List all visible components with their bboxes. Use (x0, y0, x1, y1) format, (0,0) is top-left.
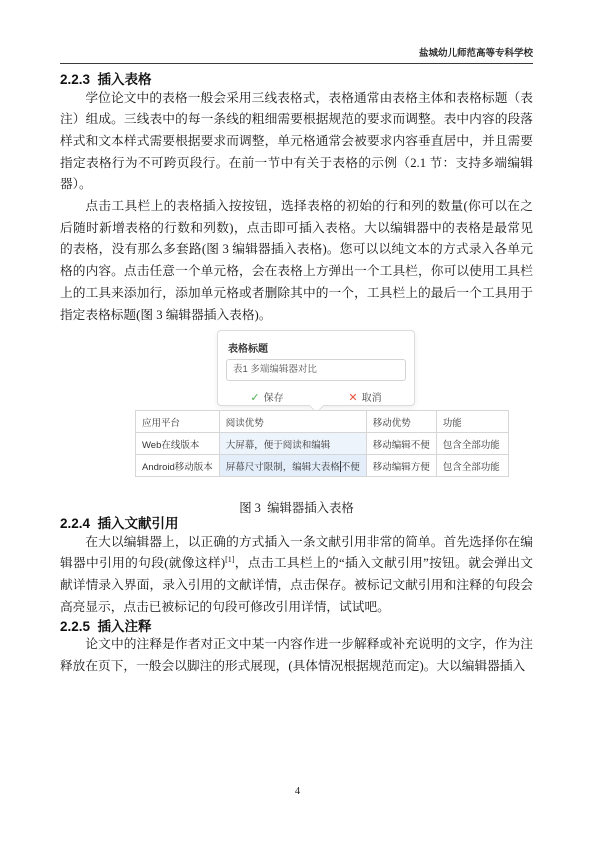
paragraph-footnote: 论文中的注释是作者对正文中某一内容作进一步解释或补充说明的文字，作为注释放在页下… (60, 634, 533, 677)
page-content: 2.2.3 插入表格 学位论文中的表格一般会采用三线表格式，表格通常由表格主体和… (60, 72, 533, 678)
cancel-button: ✕取消 (316, 389, 414, 404)
x-icon: ✕ (348, 392, 357, 404)
cancel-button-label: 取消 (362, 393, 382, 404)
paragraph-table-howto: 点击工具栏上的表格插入按按钮，选择表格的初始的行和列的数量(你可以在之后随时新增… (60, 196, 533, 326)
table-header-cell: 应用平台 (136, 411, 220, 433)
check-icon: ✓ (250, 392, 259, 404)
table-cell-editing: 屏幕尺寸限制，编辑大表格不便 (219, 455, 366, 477)
school-name: 盐城幼儿师范高等专科学校 (419, 48, 533, 59)
comparison-table: 应用平台 阅读优势 移动优势 功能 Web在线版本 大屏幕，便于阅读和编辑 移动… (135, 410, 509, 477)
table-title-popup: 表格标题 表1 多端编辑器对比 ✓保存 ✕取消 (217, 330, 415, 406)
section-heading-2-2-5: 2.2.5 插入注释 (60, 619, 533, 635)
document-page: 盐城幼儿师范高等专科学校 2.2.3 插入表格 学位论文中的表格一般会采用三线表… (0, 0, 595, 842)
table-title-input: 表1 多端编辑器对比 (226, 359, 406, 381)
figure-editor-insert-table: 表格标题 表1 多端编辑器对比 ✓保存 ✕取消 应用平台 阅读优 (60, 330, 533, 476)
section-heading-2-2-3: 2.2.3 插入表格 (60, 72, 533, 88)
save-button: ✓保存 (218, 389, 316, 404)
table-cell: 移动编辑方便 (366, 455, 436, 477)
save-button-label: 保存 (264, 393, 284, 404)
table-cell: Android移动版本 (136, 455, 220, 477)
cell-text-after-cursor: 不便 (341, 462, 360, 473)
page-number: 4 (0, 786, 595, 797)
table-header-cell: 阅读优势 (219, 411, 366, 433)
table-cell: 移动编辑不便 (366, 433, 436, 455)
table-cell: 包含全部功能 (436, 433, 508, 455)
paragraph-citation: 在大以编辑器上，以正确的方式插入一条文献引用非常的简单。首先选择你在编辑器中引用… (60, 532, 533, 619)
table-header-cell: 功能 (436, 411, 508, 433)
table-row: Web在线版本 大屏幕，便于阅读和编辑 移动编辑不便 包含全部功能 (136, 433, 509, 455)
cell-text-before-cursor: 屏幕尺寸限制，编辑大表格 (226, 462, 340, 473)
page-header: 盐城幼儿师范高等专科学校 (60, 45, 533, 64)
section-heading-2-2-4: 2.2.4 插入文献引用 (60, 516, 533, 532)
table-cell: Web在线版本 (136, 433, 220, 455)
table-row: Android移动版本 屏幕尺寸限制，编辑大表格不便 移动编辑方便 包含全部功能 (136, 455, 509, 477)
figure-caption: 图 3 编辑器插入表格 (60, 498, 533, 516)
table-header-cell: 移动优势 (366, 411, 436, 433)
table-header-row: 应用平台 阅读优势 移动优势 功能 (136, 411, 509, 433)
table-cell-highlighted: 大屏幕，便于阅读和编辑 (219, 433, 366, 455)
paragraph-table-intro: 学位论文中的表格一般会采用三线表格式，表格通常由表格主体和表格标题（表注）组成。… (60, 88, 533, 197)
table-title-input-value: 表1 多端编辑器对比 (233, 364, 317, 375)
table-title-label: 表格标题 (228, 340, 404, 355)
table-cell: 包含全部功能 (436, 455, 508, 477)
